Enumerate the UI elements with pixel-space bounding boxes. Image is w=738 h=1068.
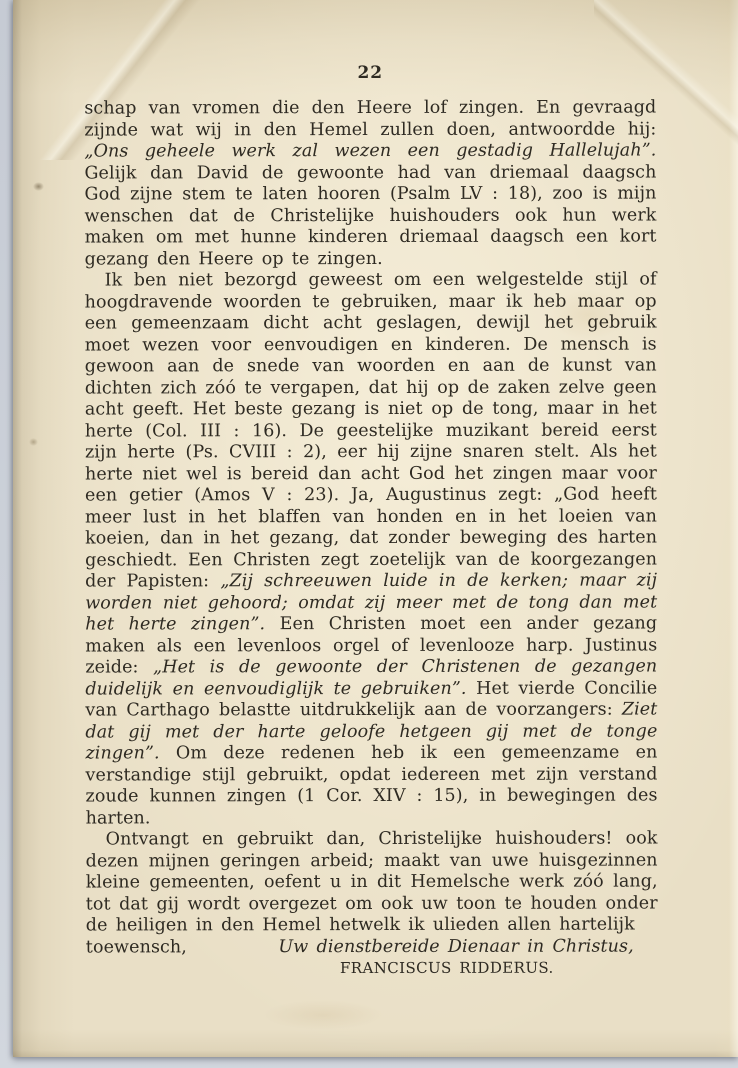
paper-stain — [33, 182, 44, 191]
paper-stain — [29, 438, 38, 446]
paragraph: Ik ben niet bezorgd geweest om een welge… — [85, 270, 658, 830]
paragraph: Ontvangt en gebruikt dan, Christelijke h… — [86, 829, 658, 937]
page-content: 22 schap van vromen die den Heere lof zi… — [84, 0, 658, 980]
text-segment: „Ons geheele werk zal wezen een gestadig… — [84, 141, 656, 162]
paper-stain — [263, 1000, 383, 1030]
paragraph: schap van vromen die den Heere lof zinge… — [84, 98, 656, 271]
text-segment: Ontvangt en gebruikt dan, Christelijke h… — [86, 829, 658, 936]
signature-role: Uw dienstbereide Dienaar in Christus, — [278, 936, 633, 958]
text-segment: Gelijk dan David de gewoonte had van dri… — [84, 162, 656, 269]
page-number: 22 — [84, 0, 656, 84]
signature-closing: toewensch, — [86, 937, 187, 959]
paper-page: 22 schap van vromen die den Heere lof zi… — [13, 0, 738, 1057]
signature-name: FRANCISCUS RIDDERUS. — [86, 958, 658, 980]
body-text: schap van vromen die den Heere lof zinge… — [84, 98, 658, 980]
scan-background: 22 schap van vromen die den Heere lof zi… — [0, 0, 738, 1068]
text-segment: Ik ben niet bezorgd geweest om een welge… — [85, 270, 657, 592]
signature-row: toewensch, Uw dienstbereide Dienaar in C… — [86, 936, 658, 958]
text-segment: Om deze redenen heb ik een gemeenzame en… — [85, 743, 657, 828]
paragraphs-container: schap van vromen die den Heere lof zinge… — [84, 98, 657, 937]
text-segment: schap van vromen die den Heere lof zinge… — [84, 98, 656, 140]
